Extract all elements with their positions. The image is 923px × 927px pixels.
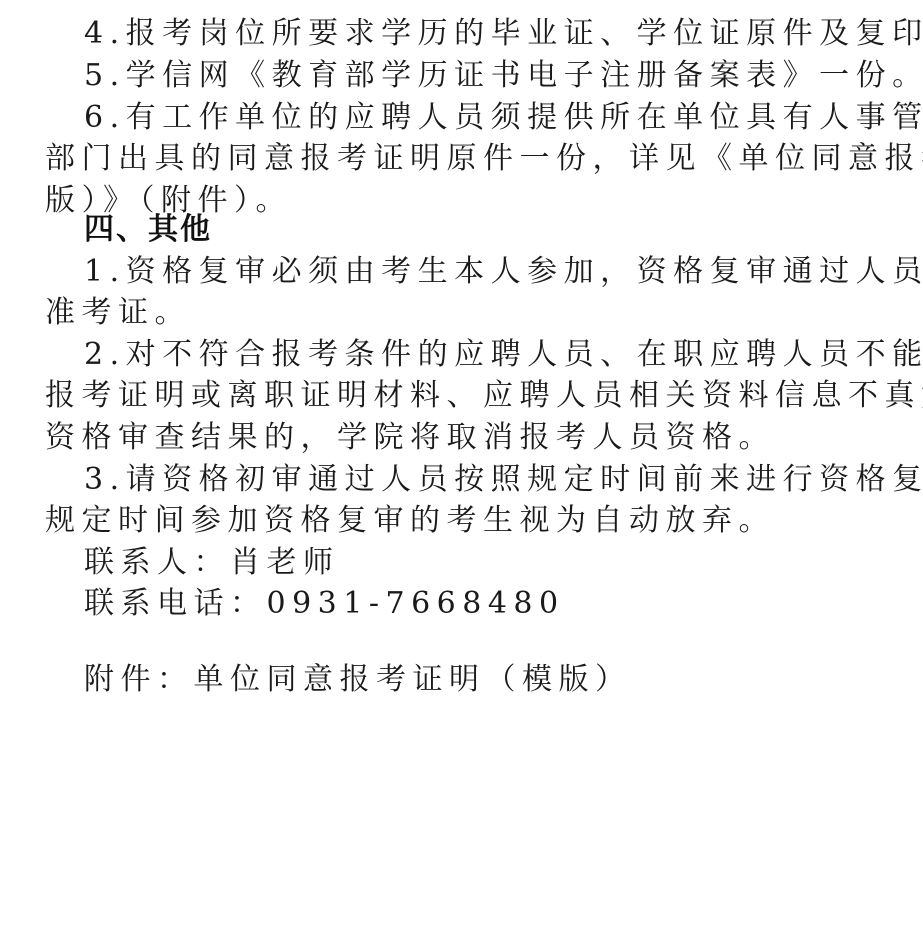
other-item-2-line-1: 2.对不符合报考条件的应聘人员、在职应聘人员不能提供同意 — [84, 335, 923, 375]
contact-phone: 联系电话：0931-7668480 — [84, 584, 565, 624]
attachment-note: 附件：单位同意报考证明（模版） — [84, 660, 632, 700]
requirement-item-4: 4.报考岗位所要求学历的毕业证、学位证原件及复印件一份。 — [84, 14, 923, 54]
requirement-item-6-line-1: 6.有工作单位的应聘人员须提供所在单位具有人事管理权限 — [84, 98, 923, 138]
other-item-2-line-3: 资格审查结果的，学院将取消报考人员资格。 — [45, 418, 775, 458]
other-item-3-line-1: 3.请资格初审通过人员按照规定时间前来进行资格复审，未按 — [84, 460, 923, 500]
section-heading-other: 四、其他 — [84, 210, 212, 250]
other-item-1-line-1: 1.资格复审必须由考生本人参加，资格复审通过人员现场领取 — [84, 252, 923, 292]
document-page: 4.报考岗位所要求学历的毕业证、学位证原件及复印件一份。 5.学信网《教育部学历… — [0, 0, 923, 927]
requirement-item-5: 5.学信网《教育部学历证书电子注册备案表》一份。 — [84, 56, 923, 96]
other-item-2-line-2: 报考证明或离职证明材料、应聘人员相关资料信息不真实并影响 — [45, 376, 923, 416]
other-item-1-line-2: 准考证。 — [45, 293, 191, 333]
requirement-item-6-line-2: 部门出具的同意报考证明原件一份，详见《单位同意报考证明（模 — [45, 139, 923, 179]
contact-person: 联系人：肖老师 — [84, 543, 340, 583]
other-item-3-line-2: 规定时间参加资格复审的考生视为自动放弃。 — [45, 501, 775, 541]
